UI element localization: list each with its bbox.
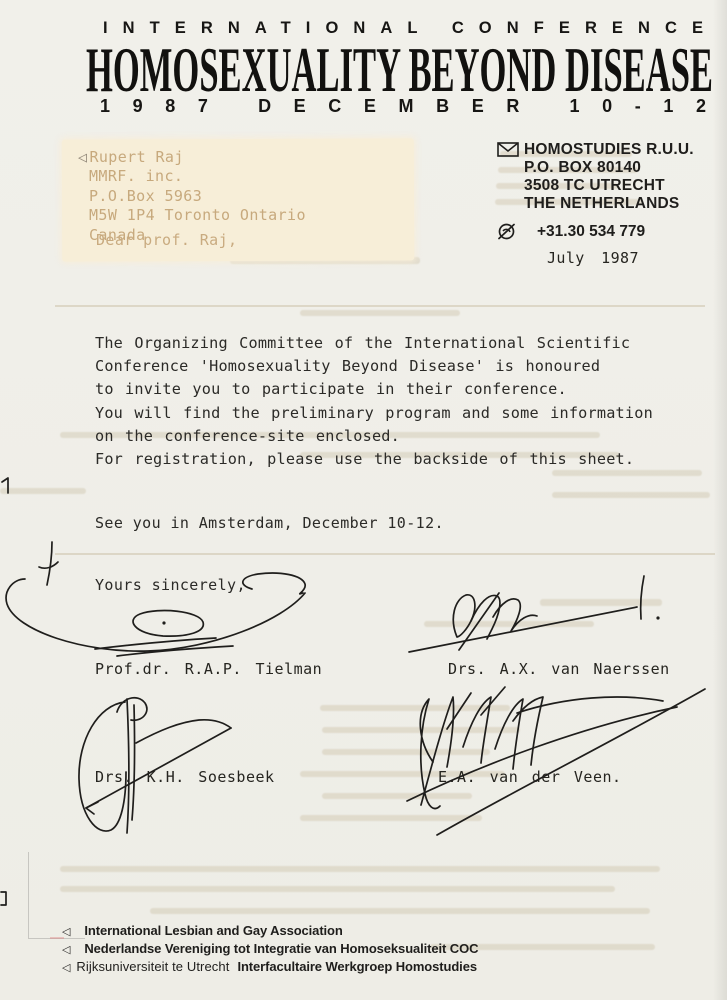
showthrough-artifact [552,492,710,498]
signature-van-naerssen [409,576,660,652]
showthrough-artifact [60,866,660,872]
footer-org-row: ◁ International Lesbian and Gay Associat… [62,923,478,941]
phone-row: +31.30 534 779 [497,222,645,241]
scan-color-artifact [50,937,64,939]
closing-line: See you in Amsterdam, December 10-12. [95,514,444,532]
signatory-name-tielman: Prof.dr. R.A.P. Tielman [95,660,322,678]
showthrough-artifact [300,815,482,821]
envelope-icon [497,142,519,157]
showthrough-artifact [322,727,520,733]
scanned-letter-page: INTERNATIONAL CONFERENCE HOMOSEXUALITY B… [0,0,727,1000]
showthrough-artifact [320,705,510,711]
page-edge-shadow [713,0,727,1000]
showthrough-artifact [424,621,594,627]
showthrough-artifact [322,793,472,799]
recipient-line: MMRF. inc. [89,167,306,186]
salutation: Dear prof. Raj, [96,231,237,249]
scan-edge-line [28,852,29,939]
triangle-bullet-icon: ◁ [62,943,70,959]
org-prefix: Rijksuniversiteit te Utrecht [76,959,229,975]
showthrough-rule [55,305,705,307]
showthrough-artifact [322,749,490,755]
triangle-bullet-icon: ◁ [62,961,70,977]
sender-address-line: THE NETHERLANDS [524,195,694,213]
showthrough-artifact [150,908,650,914]
phone-number: +31.30 534 779 [537,223,645,241]
pen-checkmark [39,542,58,585]
letter-date: July 1987 [547,249,639,267]
margin-registration-marks [1,478,8,905]
body-paragraph: The Organizing Committee of the Internat… [95,332,655,471]
letter-title: HOMOSEXUALITY BEYOND DISEASE [86,34,713,105]
org-name: International Lesbian and Gay Associatio… [84,923,342,939]
showthrough-artifact [0,488,86,494]
sender-address-line: P.O. BOX 80140 [524,159,694,177]
signatory-name-soesbeek: Drs. K.H. Soesbeek [95,768,275,786]
valediction: Yours sincerely, [95,576,246,594]
sender-address-line: 3508 TC UTRECHT [524,177,694,195]
signatory-name-van-der-veen: E.A. van der Veen. [438,768,622,786]
org-name: Nederlandse Vereniging tot Integratie va… [84,941,478,957]
showthrough-artifact [540,599,662,606]
showthrough-artifact [300,310,460,316]
telephone-icon [497,222,516,241]
recipient-line: P.O.Box 5963 [89,187,306,206]
footer-org-row: ◁ Nederlandse Vereniging tot Integratie … [62,941,478,959]
sender-block: HOMOSTUDIES R.U.U. P.O. BOX 80140 3508 T… [497,141,694,213]
address-marker-icon: ◁ [78,148,87,166]
org-name: Interfacultaire Werkgroep Homostudies [237,959,477,975]
signature-soesbeek [79,698,231,833]
recipient-line: M5W 1P4 Toronto Ontario [89,206,306,225]
letterhead: INTERNATIONAL CONFERENCE HOMOSEXUALITY B… [0,0,727,125]
footer-org-row: ◁ Rijksuniversiteit te Utrecht Interfacu… [62,959,478,977]
footer-organizations: ◁ International Lesbian and Gay Associat… [62,923,478,978]
signatory-name-van-naerssen: Drs. A.X. van Naerssen [448,660,670,678]
recipient-line: ◁Rupert Raj [78,148,306,167]
sender-name: HOMOSTUDIES R.U.U. [524,141,694,159]
showthrough-artifact [60,886,615,892]
showthrough-rule [55,553,715,555]
